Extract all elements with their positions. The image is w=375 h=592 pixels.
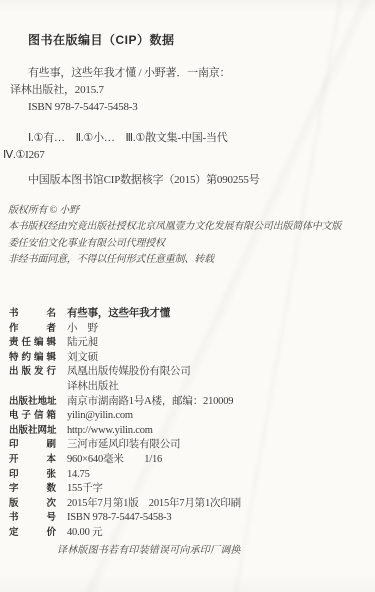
colophon-value: 有些事，这些年我才懂 <box>67 306 170 321</box>
colophon-value: 三河市延风印装有限公司 <box>67 438 180 453</box>
copyright-block: 版权所有 © 小野 本书版权经由究竟出版社授权北京凤凰壹力文化发展有限公司出版简… <box>8 203 368 269</box>
colophon-value: ISBN 978-7-5447-5458-3 <box>67 511 171 526</box>
colophon-label: 特约编辑 <box>9 351 56 366</box>
colophon-label: 书号 <box>9 511 56 526</box>
colophon-value: 译林出版社 <box>67 380 119 395</box>
colophon-row: 出版社地址 南京市湖南路1号A楼，邮编：210009 <box>9 395 369 410</box>
colophon-row: 印张 14.75 <box>9 468 369 483</box>
colophon-row: 出版发行 凤凰出版传媒股份有限公司 <box>9 365 369 380</box>
colophon-row: 电子信箱 yilin@yilin.com <box>9 409 369 424</box>
colophon-value: 40.00 元 <box>67 526 102 541</box>
cip-class-line1: Ⅰ.①有… Ⅱ.①小… Ⅲ.①散文集-中国-当代 <box>10 130 368 147</box>
colophon-label: 出版社地址 <box>9 395 56 410</box>
colophon-label: 版次 <box>9 497 56 512</box>
colophon-value: 刘文硕 <box>67 351 98 366</box>
colophon-value: 155千字 <box>67 482 103 497</box>
cip-header: 图书在版编目（CIP）数据 <box>28 31 175 48</box>
copyright-line: 本书版权经由究竟出版社授权北京凤凰壹力文化发展有限公司出版简体中文版 <box>8 219 368 235</box>
colophon-row: 版次 2015年7月第1版 2015年7月第1次印刷 <box>9 497 369 512</box>
colophon-label: 印张 <box>9 468 56 483</box>
copyright-line: 版权所有 © 小野 <box>8 203 368 219</box>
colophon-value: 14.75 <box>67 468 90 483</box>
colophon-row: 定价 40.00 元 <box>9 526 369 541</box>
copyright-line: 委任安伯文化事业有限公司代理授权 <box>8 236 368 252</box>
copyright-line: 非经书面同意，不得以任何形式任意重制、转载 <box>8 252 368 268</box>
colophon-row: 书名 有些事，这些年我才懂 <box>9 306 369 322</box>
colophon-label: 书名 <box>9 307 56 322</box>
colophon-label: 责任编辑 <box>9 336 56 351</box>
colophon-label: 印刷 <box>9 438 56 453</box>
colophon-value: 陆元昶 <box>67 336 98 351</box>
cip-publisher-line: 译林出版社，2015.7 <box>10 82 368 99</box>
cip-title-line: 有些事，这些年我才懂 / 小野著．一南京： <box>10 65 368 82</box>
colophon-value: 960×640毫米 1/16 <box>67 453 162 468</box>
colophon-value: http://www.yilin.com <box>67 424 153 439</box>
colophon-row: 书号 ISBN 978-7-5447-5458-3 <box>9 511 369 526</box>
cip-class-line2: Ⅳ.①I267 <box>3 147 368 164</box>
book-copyright-page: 图书在版编目（CIP）数据 有些事，这些年我才懂 / 小野著．一南京： 译林出版… <box>0 0 375 592</box>
colophon-row: 责任编辑 陆元昶 <box>9 336 369 351</box>
colophon-row: 出版社网址 http://www.yilin.com <box>9 424 369 439</box>
cip-block: 有些事，这些年我才懂 / 小野著．一南京： 译林出版社，2015.7 ISBN … <box>10 65 368 189</box>
colophon-label: 出版发行 <box>9 365 56 380</box>
cip-isbn-line: ISBN 978-7-5447-5458-3 <box>10 99 368 116</box>
colophon-row: 作者 小 野 <box>9 322 369 337</box>
cip-registry-line: 中国版本图书馆CIP数据核字（2015）第090255号 <box>10 172 368 189</box>
colophon-row: 印刷 三河市延风印装有限公司 <box>9 438 369 453</box>
colophon-label: 开本 <box>9 453 56 468</box>
colophon-value: 2015年7月第1版 2015年7月第1次印刷 <box>67 497 241 512</box>
colophon-label: 字数 <box>9 482 56 497</box>
colophon-value: yilin@yilin.com <box>67 409 133 424</box>
colophon-value: 凤凰出版传媒股份有限公司 <box>67 365 191 380</box>
footer-note: 译林版图书若有印装错误可向承印厂调换 <box>57 541 241 556</box>
colophon-row: 译林出版社 <box>9 380 369 395</box>
colophon-label: 电子信箱 <box>9 409 56 424</box>
colophon-row: 特约编辑 刘文硕 <box>9 351 369 366</box>
colophon-row: 开本 960×640毫米 1/16 <box>9 453 369 468</box>
colophon-value: 小 野 <box>67 322 98 337</box>
colophon-row: 字数 155千字 <box>9 482 369 497</box>
colophon-label: 作者 <box>9 322 56 337</box>
colophon-label: 出版社网址 <box>9 424 56 439</box>
colophon-value: 南京市湖南路1号A楼，邮编：210009 <box>67 395 233 410</box>
colophon-label: 定价 <box>9 526 56 541</box>
colophon-table: 书名 有些事，这些年我才懂 作者 小 野 责任编辑 陆元昶 特约编辑 刘文硕 出… <box>9 306 369 541</box>
